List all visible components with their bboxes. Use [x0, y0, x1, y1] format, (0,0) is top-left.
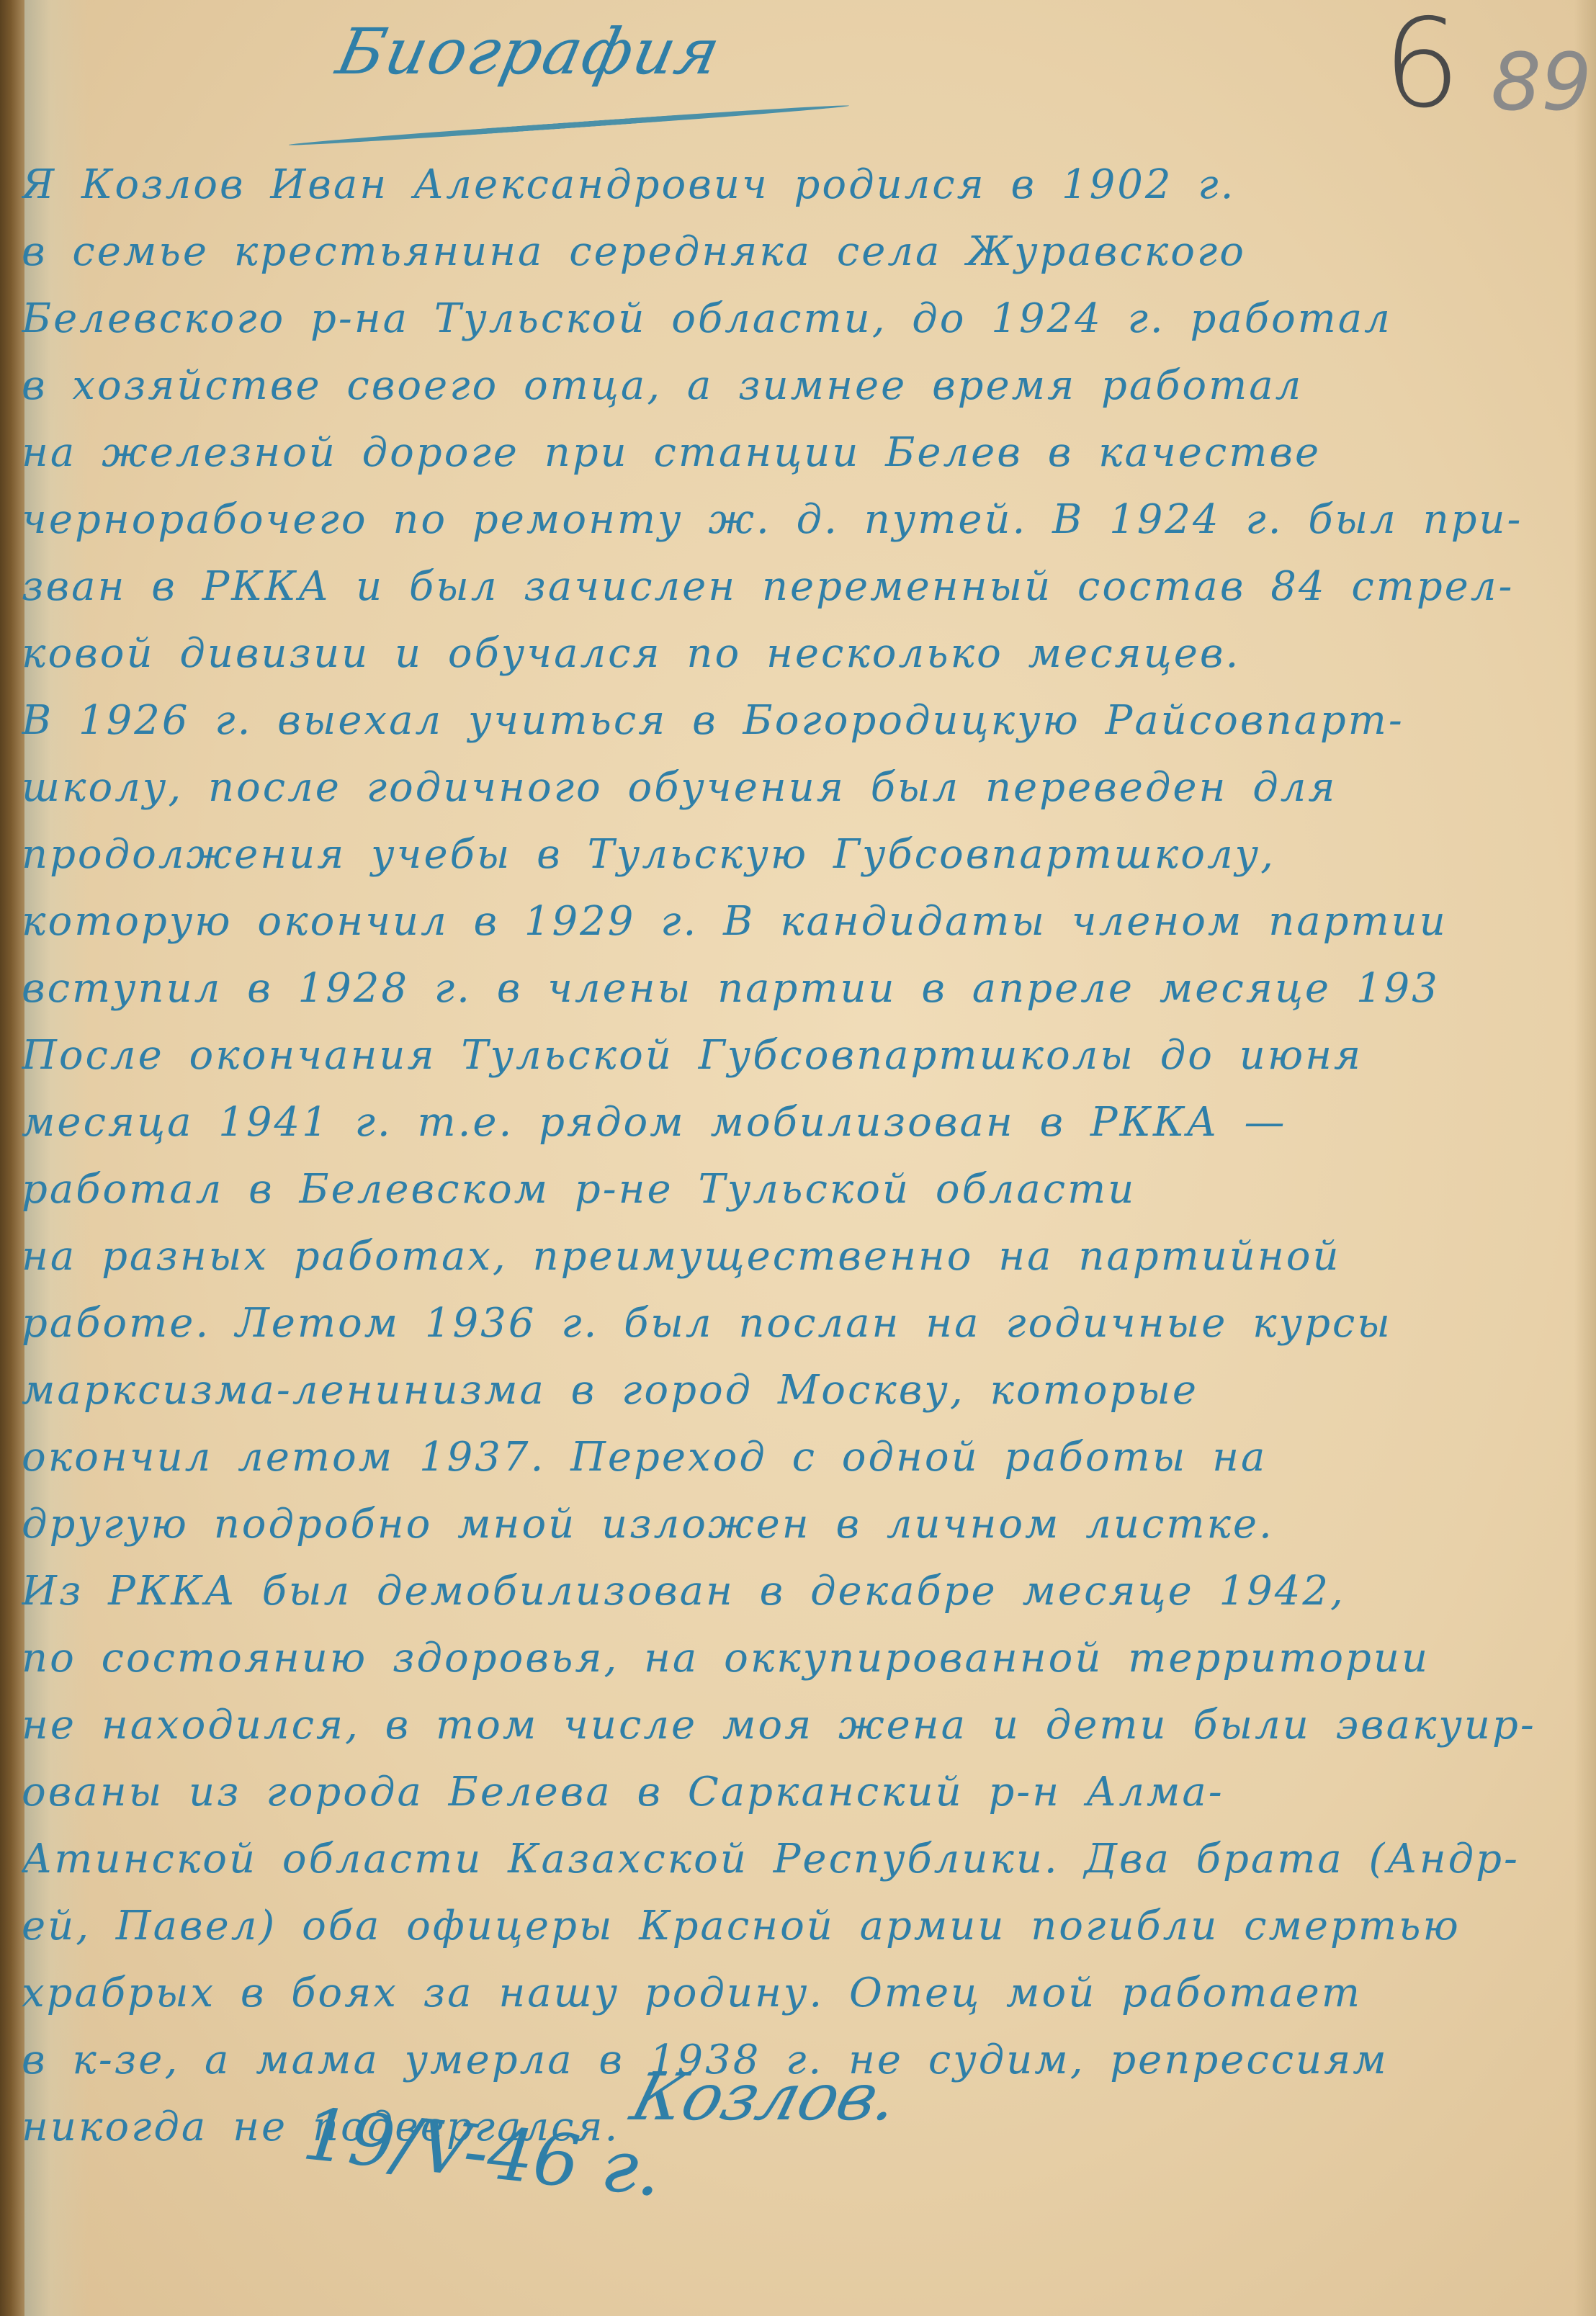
folio-number-alt: 89 — [1491, 36, 1592, 128]
text-line: Я Козлов Иван Александрович родился в 19… — [22, 151, 1577, 218]
text-line: продолжения учебы в Тульскую Губсовпартш… — [22, 821, 1577, 888]
text-line: Белевского р-на Тульской области, до 192… — [22, 285, 1577, 352]
text-line: на разных работах, преимущественно на па… — [22, 1223, 1577, 1290]
text-line: ей, Павел) оба офицеры Красной армии пог… — [22, 1893, 1577, 1960]
document-title: Биография — [331, 14, 727, 89]
text-line: ованы из города Белева в Сарканский р-н … — [22, 1759, 1577, 1826]
text-line: вступил в 1928 г. в члены партии в апрел… — [22, 955, 1577, 1022]
signature: Козлов. — [624, 2060, 907, 2135]
text-line: чернорабочего по ремонту ж. д. путей. В … — [22, 486, 1577, 553]
text-line: не находился, в том числе моя жена и дет… — [22, 1692, 1577, 1759]
text-line: ковой дивизии и обучался по несколько ме… — [22, 620, 1577, 687]
text-line: В 1926 г. выехал учиться в Богородицкую … — [22, 687, 1577, 754]
text-line: работе. Летом 1936 г. был послан на годи… — [22, 1290, 1577, 1357]
text-line: другую подробно мной изложен в личном ли… — [22, 1491, 1577, 1558]
handwritten-body: Я Козлов Иван Александрович родился в 19… — [22, 151, 1577, 2160]
folio-number: 6 — [1383, 0, 1461, 135]
text-line: в семье крестьянина середняка села Журав… — [22, 218, 1577, 285]
text-line: Атинской области Казахской Республики. Д… — [22, 1826, 1577, 1893]
text-line: в хозяйстве своего отца, а зимнее время … — [22, 352, 1577, 419]
title-underline — [289, 103, 850, 148]
text-line: по состоянию здоровья, на оккупированной… — [22, 1625, 1577, 1692]
text-line: окончил летом 1937. Переход с одной рабо… — [22, 1424, 1577, 1491]
text-line: месяца 1941 г. т.е. рядом мобилизован в … — [22, 1089, 1577, 1156]
binding-edge — [0, 0, 24, 2316]
text-line: Из РККА был демобилизован в декабре меся… — [22, 1558, 1577, 1625]
text-line: После окончания Тульской Губсовпартшколы… — [22, 1022, 1577, 1089]
text-line: марксизма-ленинизма в город Москву, кото… — [22, 1357, 1577, 1424]
text-line: школу, после годичного обучения был пере… — [22, 754, 1577, 821]
text-line: работал в Белевском р-не Тульской област… — [22, 1156, 1577, 1223]
text-line: на железной дороге при станции Белев в к… — [22, 419, 1577, 486]
text-line: которую окончил в 1929 г. В кандидаты чл… — [22, 888, 1577, 955]
document-page: 6 89 Биография Я Козлов Иван Александров… — [0, 0, 1596, 2316]
page-right-edge — [1574, 0, 1596, 2316]
text-line: зван в РККА и был зачислен переменный со… — [22, 553, 1577, 620]
text-line: храбрых в боях за нашу родину. Отец мой … — [22, 1960, 1577, 2026]
